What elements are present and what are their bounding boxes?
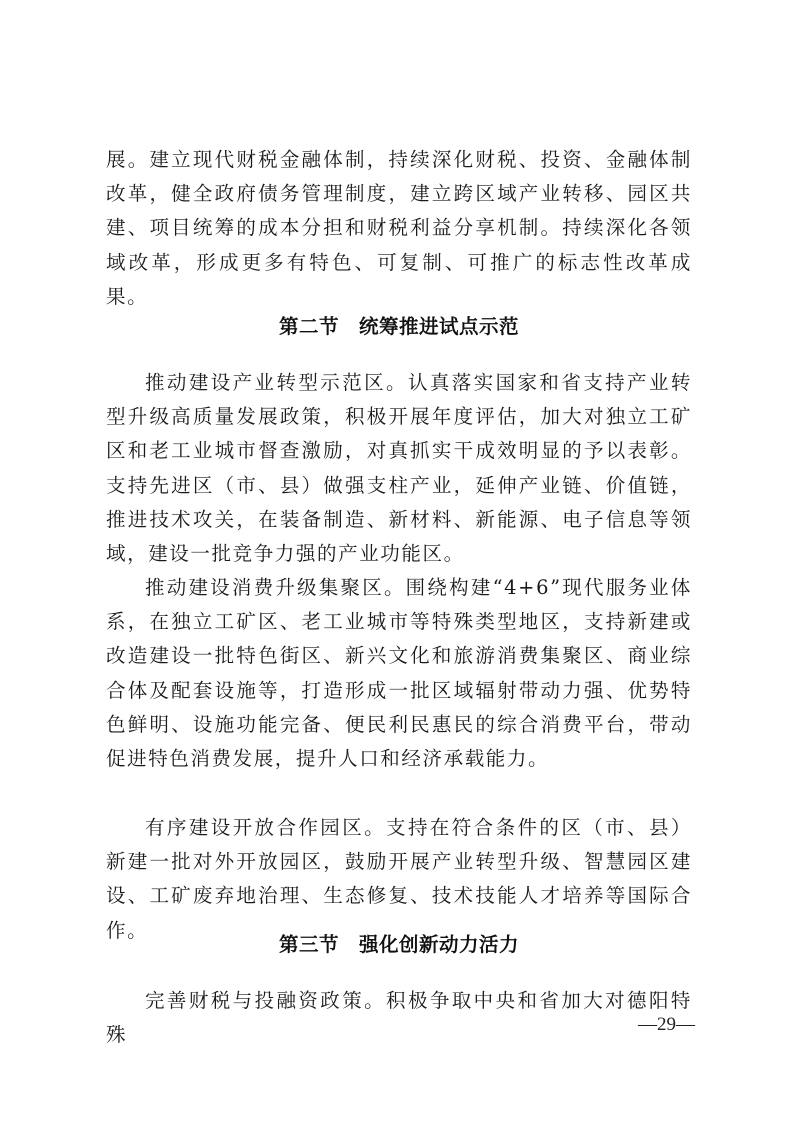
document-page: 展。建立现代财税金融体制，持续深化财税、投资、金融体制改革，健全政府债务管理制度… bbox=[0, 0, 793, 1122]
paragraph-consumption-zone: 推动建设消费升级集聚区。围绕构建“4+6”现代服务业体系，在独立工矿区、老工业城… bbox=[106, 571, 692, 776]
paragraph-text: 推动建设消费升级集聚区。围绕构建“4+6”现代服务业体系，在独立工矿区、老工业城… bbox=[106, 571, 692, 776]
paragraph-text: 展。建立现代财税金融体制，持续深化财税、投资、金融体制改革，健全政府债务管理制度… bbox=[106, 143, 692, 314]
paragraph-fiscal-investment-policy: 完善财税与投融资政策。积极争取中央和省加大对德阳特殊 bbox=[106, 984, 692, 1052]
page-number: —29— bbox=[638, 1014, 695, 1036]
paragraph-open-cooperation-park: 有序建设开放合作园区。支持在符合条件的区（市、县）新建一批对外开放园区，鼓励开展… bbox=[106, 811, 692, 948]
paragraph-fiscal-reform: 展。建立现代财税金融体制，持续深化财税、投资、金融体制改革，健全政府债务管理制度… bbox=[106, 143, 692, 314]
section-heading-2: 第二节 统筹推进试点示范 bbox=[106, 311, 692, 339]
paragraph-text: 完善财税与投融资政策。积极争取中央和省加大对德阳特殊 bbox=[106, 984, 692, 1052]
paragraph-industry-demo-zone: 推动建设产业转型示范区。认真落实国家和省支持产业转型升级高质量发展政策，积极开展… bbox=[106, 366, 692, 571]
paragraph-text: 推动建设产业转型示范区。认真落实国家和省支持产业转型升级高质量发展政策，积极开展… bbox=[106, 366, 692, 571]
section-heading-3: 第三节 强化创新动力活力 bbox=[106, 929, 692, 957]
paragraph-text: 有序建设开放合作园区。支持在符合条件的区（市、县）新建一批对外开放园区，鼓励开展… bbox=[106, 811, 692, 948]
